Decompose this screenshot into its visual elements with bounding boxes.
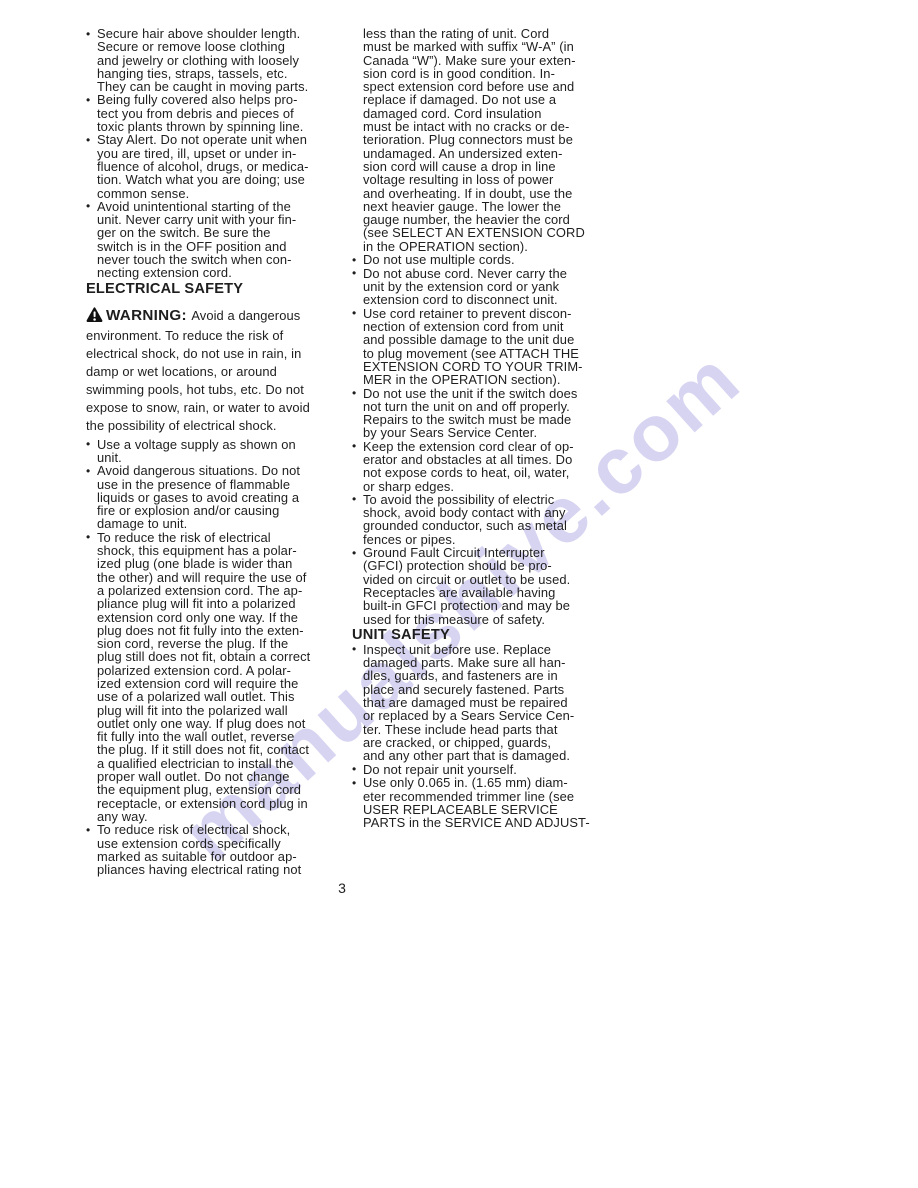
list-item: • Avoid unintentional starting of the un…	[86, 200, 354, 280]
list-item: • Do not use the unit if the switch does…	[352, 387, 610, 440]
list-item-text: To avoid the possibility of electric sho…	[363, 493, 567, 546]
right-column: less than the rating of unit. Cord must …	[352, 27, 610, 830]
bullet-marker: •	[352, 440, 363, 454]
bullet-marker: •	[352, 776, 363, 790]
list-item-text: Secure hair above shoulder length. Secur…	[97, 27, 308, 93]
bullet-marker: •	[352, 267, 363, 281]
bullet-marker: •	[86, 27, 97, 41]
list-item: • To reduce risk of electrical shock, us…	[86, 823, 354, 876]
list-item: • Ground Fault Circuit Interrupter (GFCI…	[352, 546, 610, 626]
list-item: • Stay Alert. Do not operate unit when y…	[86, 133, 354, 199]
left-column: • Secure hair above shoulder length. Sec…	[86, 27, 354, 876]
list-item: • Use cord retainer to prevent discon- n…	[352, 307, 610, 387]
list-item-text: Stay Alert. Do not operate unit when you…	[97, 133, 309, 199]
continuation-paragraph: less than the rating of unit. Cord must …	[352, 27, 610, 253]
bullet-marker: •	[86, 531, 97, 545]
list-item-text: Avoid unintentional starting of the unit…	[97, 200, 296, 280]
list-item: • Do not abuse cord. Never carry the uni…	[352, 267, 610, 307]
bullet-marker: •	[352, 643, 363, 657]
page-number: 3	[330, 880, 354, 896]
list-item: • Being fully covered also helps pro- te…	[86, 93, 354, 133]
list-item-text: Do not repair unit yourself.	[363, 763, 517, 776]
list-item-text: Do not use the unit if the switch does n…	[363, 387, 577, 440]
list-item-text: Keep the extension cord clear of op- era…	[363, 440, 574, 493]
bullet-marker: •	[86, 464, 97, 478]
bullet-marker: •	[86, 438, 97, 452]
list-item: • Do not repair unit yourself.	[352, 763, 610, 777]
warning-text: Avoid a dangerous environment. To reduce…	[86, 308, 310, 433]
list-item-text: Do not use multiple cords.	[363, 253, 515, 266]
bullet-marker: •	[352, 307, 363, 321]
bullet-marker: •	[86, 93, 97, 107]
list-item: • Use only 0.065 in. (1.65 mm) diam- ete…	[352, 776, 610, 829]
section-heading-electrical-safety: ELECTRICAL SAFETY	[86, 281, 354, 297]
manual-page: manualshive.com • Secure hair above shou…	[0, 0, 918, 1188]
list-item-text: Being fully covered also helps pro- tect…	[97, 93, 303, 133]
section-heading-unit-safety: UNIT SAFETY	[352, 627, 610, 643]
bullet-marker: •	[86, 200, 97, 214]
list-item-text: Avoid dangerous situations. Do not use i…	[97, 464, 300, 530]
warning-block: WARNING: Avoid a dangerous environment. …	[86, 307, 354, 435]
list-item-text: Use only 0.065 in. (1.65 mm) diam- eter …	[363, 776, 590, 829]
list-item: • To avoid the possibility of electric s…	[352, 493, 610, 546]
list-item-text: Use cord retainer to prevent discon- nec…	[363, 307, 583, 387]
list-item: • Inspect unit before use. Replace damag…	[352, 643, 610, 763]
bullet-marker: •	[352, 763, 363, 777]
bullet-marker: •	[352, 253, 363, 267]
list-item-text: Ground Fault Circuit Interrupter (GFCI) …	[363, 546, 570, 626]
list-item-text: Inspect unit before use. Replace damaged…	[363, 643, 574, 763]
bullet-marker: •	[352, 493, 363, 507]
list-item: • Secure hair above shoulder length. Sec…	[86, 27, 354, 93]
list-item-text: Use a voltage supply as shown on unit.	[97, 438, 296, 465]
warning-label: WARNING:	[106, 307, 187, 324]
bullet-marker: •	[86, 823, 97, 837]
list-item-text: Do not abuse cord. Never carry the unit …	[363, 267, 567, 307]
bullet-marker: •	[86, 133, 97, 147]
list-item: • Do not use multiple cords.	[352, 253, 610, 267]
list-item-text: To reduce the risk of electrical shock, …	[97, 531, 310, 824]
list-item: • To reduce the risk of electrical shock…	[86, 531, 354, 824]
list-item: • Keep the extension cord clear of op- e…	[352, 440, 610, 493]
warning-triangle-icon	[86, 307, 103, 327]
list-item-text: To reduce risk of electrical shock, use …	[97, 823, 301, 876]
bullet-marker: •	[352, 387, 363, 401]
list-item: • Use a voltage supply as shown on unit.	[86, 438, 354, 465]
list-item: • Avoid dangerous situations. Do not use…	[86, 464, 354, 530]
bullet-marker: •	[352, 546, 363, 560]
